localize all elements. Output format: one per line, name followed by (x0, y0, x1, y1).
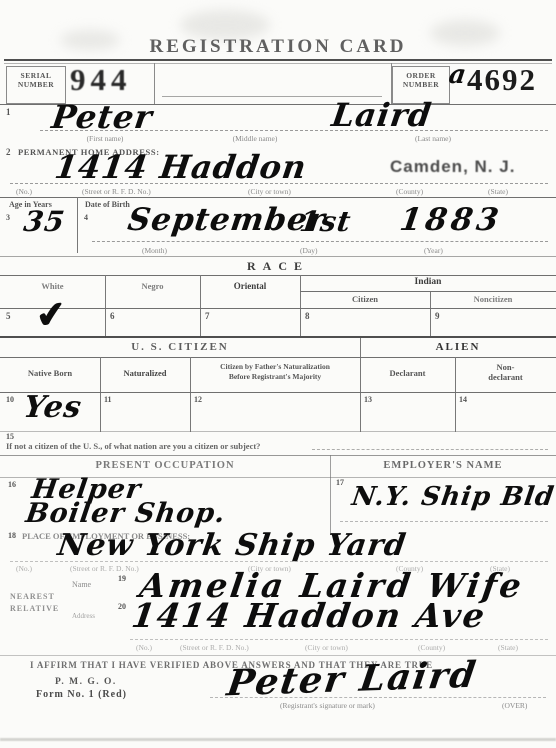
us-citizen-header: U. S. CITIZEN (0, 341, 360, 353)
age-handwritten: 35 (22, 205, 68, 238)
divider (0, 308, 556, 309)
employer-line (340, 521, 548, 522)
field-number-16: 16 (8, 480, 16, 489)
order-number-label-line1: ORDER (393, 71, 449, 80)
citizen-cell-14: 14 (459, 395, 467, 404)
form-number-label: Form No. 1 (Red) (36, 689, 127, 700)
divider (0, 357, 556, 358)
relative-address-line (130, 639, 548, 640)
address-no-label: (No.) (16, 187, 32, 196)
present-occupation-header: PRESENT OCCUPATION (0, 460, 330, 471)
serial-number-label-line2: NUMBER (7, 80, 65, 89)
over-label: (OVER) (502, 701, 527, 710)
order-number-prefix-handwritten: a (447, 60, 469, 90)
name-line (40, 130, 548, 131)
employer-handwritten: N.Y. Ship Bld Co (350, 482, 556, 512)
dob-year-handwritten: 1883 (397, 202, 504, 238)
citizen-cell-10: 10 (6, 395, 14, 404)
address-street-label: (Street or R. F. D. No.) (82, 187, 151, 196)
card-title: REGISTRATION CARD (0, 36, 556, 58)
non-declarant-header-line2: declarant (455, 372, 556, 382)
race-title: RACE (0, 259, 556, 274)
race-cell-5: 5 (6, 311, 11, 321)
address-line (10, 183, 548, 184)
middle-name-label: (Middle name) (210, 134, 300, 143)
naturalized-header: Naturalized (100, 368, 190, 378)
serial-number-label-line1: SERIAL (7, 71, 65, 80)
race-cell-7: 7 (205, 311, 210, 321)
white-checkmark-handwritten: ✔ (34, 293, 68, 338)
signature-line (210, 697, 546, 698)
citizenship-question: If not a citizen of the U. S., of what n… (6, 441, 260, 451)
field-number-2: 2 (6, 147, 11, 157)
citizen-by-father-header-line1: Citizen by Father's Naturalization (190, 362, 360, 371)
field-number-17: 17 (336, 478, 344, 487)
employment-no-label: (No.) (16, 564, 32, 573)
race-indian-noncitizen-header: Noncitizen (430, 294, 556, 304)
divider (0, 275, 556, 276)
employment-street-label: (Street or R. F. D. No.) (70, 564, 139, 573)
serial-number-value: 944 (70, 62, 132, 98)
first-name-label: (First name) (60, 134, 150, 143)
citizen-cell-11: 11 (104, 395, 112, 404)
relative-name-label: Name (72, 580, 91, 589)
race-white-header: White (0, 281, 105, 291)
divider (77, 197, 78, 253)
native-born-header: Native Born (0, 368, 100, 378)
dob-month-label: (Month) (142, 246, 167, 255)
field-number-3: 3 (6, 213, 10, 222)
relative-city-label: (City or town) (305, 643, 348, 652)
place-of-employment-handwritten: New York Ship Yard (56, 528, 409, 563)
divider (300, 291, 556, 292)
field-number-15: 15 (6, 432, 14, 441)
relative-street-label: (Street or R. F. D. No.) (180, 643, 249, 652)
native-born-answer-handwritten: Yes (22, 390, 85, 425)
divider (0, 336, 556, 338)
alien-header: ALIEN (360, 341, 556, 353)
dob-year-label: (Year) (424, 246, 443, 255)
race-cell-6: 6 (110, 311, 115, 321)
employment-line (10, 561, 548, 562)
divider (0, 197, 556, 198)
dob-day-handwritten: 1st (298, 205, 354, 238)
employers-name-header: EMPLOYER'S NAME (330, 460, 556, 471)
registration-card-scan: REGISTRATION CARD SERIAL NUMBER 944 ORDE… (0, 0, 556, 748)
occupation-handwritten-line2: Boiler Shop. (24, 498, 228, 529)
relative-county-label: (County) (418, 643, 445, 652)
field-number-19: 19 (118, 574, 126, 583)
signature-label: (Registrant's signature or mark) (280, 701, 375, 710)
citizenship-answer-line (312, 449, 548, 450)
declarant-header: Declarant (360, 368, 455, 378)
relative-address-label: Address (72, 612, 95, 620)
race-cell-9: 9 (435, 311, 440, 321)
race-oriental-header: Oriental (200, 281, 300, 291)
nearest-relative-label-line2: RELATIVE (10, 604, 59, 613)
scan-bottom-edge (0, 738, 556, 741)
order-number-value: 4692 (467, 62, 537, 98)
non-declarant-header-line1: Non- (455, 362, 556, 372)
divider (0, 455, 556, 456)
last-name-handwritten: Laird (329, 96, 434, 134)
citizen-cell-13: 13 (364, 395, 372, 404)
relative-state-label: (State) (498, 643, 518, 652)
citizen-cell-12: 12 (194, 395, 202, 404)
nearest-relative-label-line1: NEAREST (10, 592, 55, 601)
city-stamp: Camden, N. J. (390, 157, 515, 177)
divider (4, 59, 552, 61)
last-name-label: (Last name) (388, 134, 478, 143)
relative-no-label: (No.) (136, 643, 152, 652)
address-city-label: (City or town) (248, 187, 291, 196)
field-number-18: 18 (8, 531, 16, 540)
address-state-label: (State) (488, 187, 508, 196)
pmgo-label: P. M. G. O. (55, 677, 117, 687)
dob-day-label: (Day) (300, 246, 318, 255)
race-cell-8: 8 (305, 311, 310, 321)
race-negro-header: Negro (105, 281, 200, 291)
divider (0, 256, 556, 257)
race-indian-citizen-header: Citizen (300, 294, 430, 304)
order-number-label-line2: NUMBER (393, 80, 449, 89)
race-indian-header: Indian (300, 277, 556, 287)
address-county-label: (County) (396, 187, 423, 196)
home-address-handwritten: 1414 Haddon (52, 148, 309, 186)
divider (0, 431, 556, 432)
field-number-1: 1 (6, 107, 11, 117)
dob-line (92, 241, 548, 242)
citizen-by-father-header-line2: Before Registrant's Majority (190, 372, 360, 381)
field-number-4: 4 (84, 213, 88, 222)
dob-header: Date of Birth (85, 200, 130, 209)
relative-address-handwritten: 1414 Haddon Ave (129, 596, 488, 635)
field-number-20: 20 (118, 602, 126, 611)
